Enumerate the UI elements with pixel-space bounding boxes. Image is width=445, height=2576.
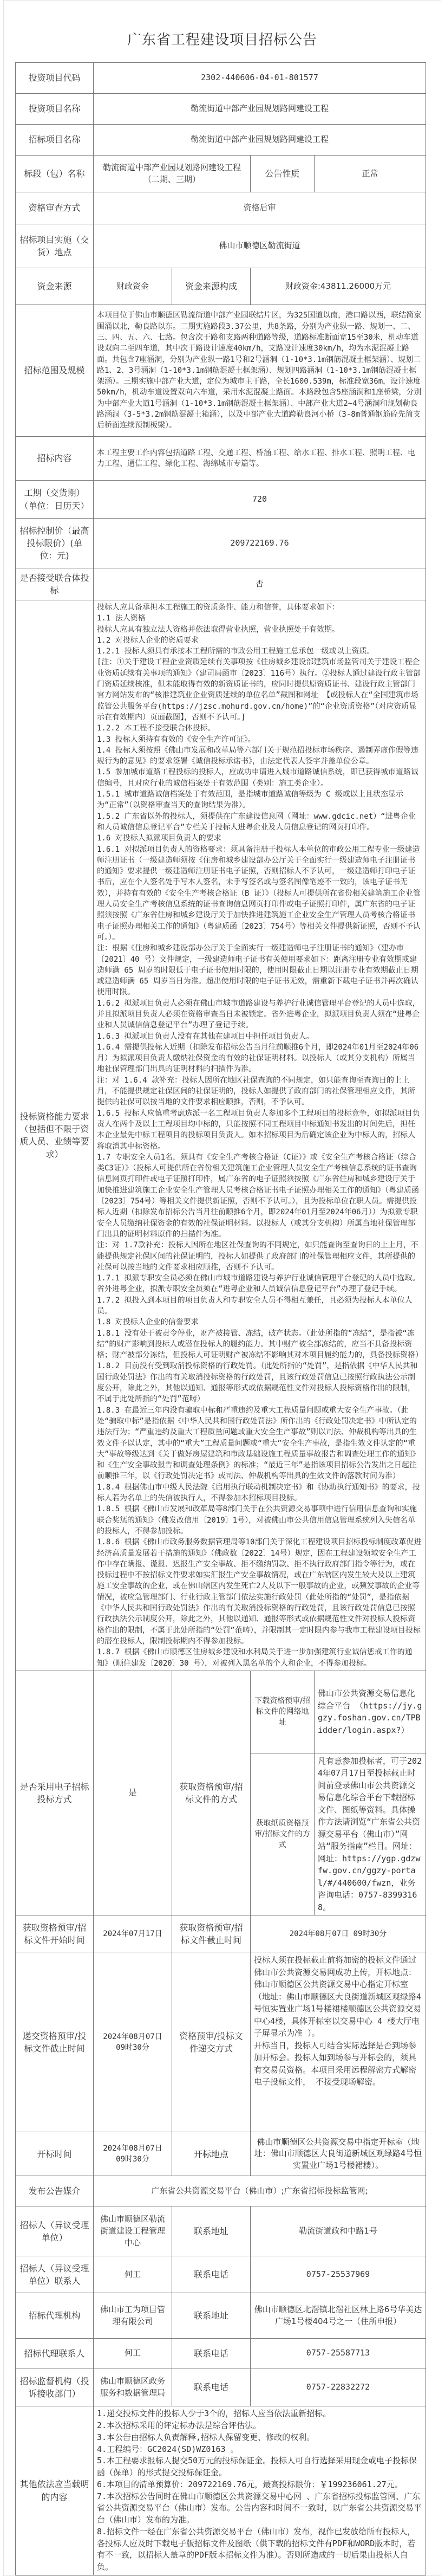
qualification-paragraph: 1.5.1 城市道路诚信档案处于有效范围，是指城市道路诚信等级为 C 级或以上且… bbox=[97, 789, 422, 811]
other-item: 4.工程编号：GC2024(SD)WZ0163 。 bbox=[97, 2444, 422, 2456]
value-tenderer: 佛山市顺德区勒流街道建设工程管理中心 bbox=[94, 2206, 172, 2256]
qualification-paragraph: 1.8.4 根据佛山市中级人民法院《启用执行联动机制决定书》和《协助执行通知书》… bbox=[97, 1482, 422, 1504]
qualification-paragraph: 1.2 对投标人企业的资质要求 bbox=[97, 635, 422, 646]
value-opening-time: 2024年08月07日 09时30分 bbox=[94, 2132, 172, 2176]
qualification-paragraph: 1.8 对投标人企业的信誉要求 bbox=[97, 1317, 422, 1328]
value-supervisor-phone: 0757-22832272 bbox=[251, 2368, 426, 2406]
label-tender-project-name: 招标项目名称 bbox=[16, 125, 94, 156]
qualification-paragraph: 注：对 1.6.4 款补充：投标人因所在地区社保查询的不同规定，如只能查询至查询… bbox=[97, 1075, 422, 1108]
row-duration: 工期（交货期）（单位：日历天） 720 bbox=[16, 481, 426, 519]
row-qualification-method: 资格审查方式 资格后审 bbox=[16, 192, 426, 224]
label-agency-phone: 联系电话 bbox=[172, 2339, 251, 2368]
value-supervisor: 佛山市顺德区政务服务和数据管理局 bbox=[94, 2368, 172, 2406]
row-control-price: 招标控制价（最高投标限价）(单位：元) 209722169.76 bbox=[16, 519, 426, 568]
qualification-paragraph: 1.3 投标人须持有有效的《安全生产许可证》。 bbox=[97, 734, 422, 745]
row-scope: 招标范围及规模 本项目位于佛山市顺德区勒流街道中部产业园联结片区，为325国道以… bbox=[16, 305, 426, 437]
qualification-paragraph: 注：根据《住房和城乡建设部办公厅关于全面实行一级建造师电子注册证书的通知》（建办… bbox=[97, 943, 422, 998]
row-tenderer: 招标人（异议受理单位） 佛山市顺德区勒流街道建设工程管理中心 联系地址 勒流街道… bbox=[16, 2206, 426, 2256]
label-obtain-method: 获取资格预审/招标文件的方式 bbox=[172, 1671, 251, 1915]
label-tenderer-address: 联系地址 bbox=[172, 2206, 251, 2256]
qualification-paragraph: 1.4 投标人须按照《佛山市发展和改革局等六部门关于规范招投标市场秩序、遏制弄虚… bbox=[97, 745, 422, 767]
value-obtain-end: 2024年08月07日 09时30分 bbox=[251, 1915, 426, 1952]
label-agency-contact: 招标代理联系人 bbox=[16, 2339, 94, 2368]
value-tenderer-contact: 何工 bbox=[94, 2256, 172, 2293]
value-download-address[interactable]: 佛山市公共资源交易信息化综合平台 （https://jy.ggzy.foshan… bbox=[315, 1671, 426, 1753]
value-investment-name: 勒流街道中部产业园规划路网建设工程 bbox=[94, 94, 426, 125]
label-tenderer-contact: 招标人（异议受理单位）联系人 bbox=[16, 2256, 94, 2293]
value-agency-phone: 0757-25587713 bbox=[251, 2339, 426, 2368]
submit-method-paragraph: 开标当日，投标人可结合实际选择是否到场参加开标会。投标人如到场参与开标会的，须具… bbox=[254, 2040, 422, 2088]
label-other: 其他依法应当载明的内容 bbox=[16, 2406, 94, 2575]
qualification-paragraph: 1.5 参加城市道路工程投标的投标人，应成功申请进入城市道路诚信系统，即已获得城… bbox=[97, 767, 422, 789]
qualification-paragraph: 1.7 专职安全人员1名，须具有《安全生产考核合格证（C证）》或《安全生产考核合… bbox=[97, 1152, 422, 1240]
qualification-paragraph: 1.8.7 根据《佛山市顺德区住房城乡建设和水利局关于进一步加强建筑行业诚信惩戒… bbox=[97, 1647, 422, 1669]
label-media: 发布公告媒介 bbox=[16, 2176, 94, 2206]
label-duration: 工期（交货期）（单位：日历天） bbox=[16, 481, 94, 519]
row-section-name: 标段（包）名称 勒流街道中部产业园规划路网建设工程（二期、三期） 公告性质 正常 bbox=[16, 156, 426, 192]
row-other: 其他依法应当载明的内容 1.递交投标文件的投标人少于3个的，招标人应当依法重新招… bbox=[16, 2406, 426, 2575]
row-tenderer-contact: 招标人（异议受理单位）联系人 何工 联系电话 0757-25537969 bbox=[16, 2256, 426, 2293]
other-item: 8.招标文件一经在广东省公共资源交易平台（佛山市）发布，视作已发放给所有投标人，… bbox=[97, 2526, 422, 2573]
row-content: 招标内容 本工程主要工作内容包括道路工程、交通工程、桥涵工程、给水工程、排水工程… bbox=[16, 437, 426, 481]
page-title: 广东省工程建设项目招标公告 bbox=[4, 1, 441, 62]
label-notice-nature: 公告性质 bbox=[251, 156, 315, 192]
qualification-paragraph: 投标人应具备承担本工程施工的资质条件、能力和信誉，具体要求如下： bbox=[97, 602, 422, 613]
label-tenderer: 招标人（异议受理单位） bbox=[16, 2206, 94, 2256]
value-joint-bid: 否 bbox=[94, 568, 426, 600]
label-qualification: 投标资格能力要求（包括但不限于资质人员、业绩等要求） bbox=[16, 600, 94, 1671]
label-investment-code: 投资项目代码 bbox=[16, 63, 94, 94]
row-media: 发布公告媒介 广东省公共资源交易平台（佛山市）;广东省招标投标监管网; bbox=[16, 2176, 426, 2206]
value-agency-address: 佛山市顺德区北滘镇北滘社区林上路6号华美达广场1号楼404号之一（住所申报） bbox=[251, 2293, 426, 2339]
qualification-paragraph: 1.8.3 在最近三年内没有骗取中标和严重违约及重大工程质量问题或重大安全生产事… bbox=[97, 1405, 422, 1482]
qualification-paragraph: 1.2.2 本工程不接受联合体投标。 bbox=[97, 723, 422, 734]
label-tenderer-phone: 联系电话 bbox=[172, 2256, 251, 2293]
value-paper-obtain: 凡有意参加投标者，可于2024年07月17日至投标截止时间前登录佛山市公共资源交… bbox=[315, 1753, 426, 1915]
row-investment-code: 投资项目代码 2302-440606-04-01-801577 bbox=[16, 63, 426, 94]
qualification-paragraph: 1.5.2 广东省以外的投标人，须提供在广东建设信息网（网址：www.gdcic… bbox=[97, 811, 422, 833]
label-download-address: 下载资格预审/招标文件的网络地址 bbox=[251, 1671, 315, 1753]
other-item: 7.本次招标公告同时在佛山市顺德区公共资源交易中心网 、广东省招标投标监管网、广… bbox=[97, 2491, 422, 2526]
qualification-paragraph: 1.7.2 拟投入到本项目的项目负责人和专职安全人员不得相互兼任，且必须为投标人… bbox=[97, 1295, 422, 1317]
qualification-paragraph: 1.6.2 拟派项目负责人必须在佛山市城市道路建设与养护行业诚信管理平台登记的人… bbox=[97, 998, 422, 1031]
value-submit-deadline: 2024年08月07日 09时30分 bbox=[94, 1952, 172, 2132]
qualification-paragraph: 1.8.6 根据《佛山市政务服务数据管理局等10部门关于深化工程建设项目招标投标… bbox=[97, 1537, 422, 1647]
submit-method-paragraph: 投标人须在投标截止前将加密的投标文件通过佛山市公共资源交易网成功上传，开标地点：… bbox=[254, 1954, 422, 2040]
qualification-paragraph: 1.7.1 拟派专职安全员必须在佛山市城市道路建设与养护行业诚信管理平台登记的人… bbox=[97, 1273, 422, 1295]
label-agency-address: 联系地址 bbox=[172, 2293, 251, 2339]
qualification-paragraph: [注：①关于建设工程企业资质延续有关事项按《住房城乡建设部建筑市场监管司关于建设… bbox=[97, 657, 422, 723]
row-qualification: 投标资格能力要求（包括但不限于资质人员、业绩等要求） 投标人应具备承担本工程施工… bbox=[16, 600, 426, 1671]
qualification-paragraph: 1.6.4 需提供投标人近期（扣除发布招标公告当月往前顺推6个月，即2024年0… bbox=[97, 1042, 422, 1075]
value-tenderer-address: 勒流街道政和中路1号 bbox=[251, 2206, 426, 2256]
label-joint-bid: 是否接受联合体投标 bbox=[16, 568, 94, 600]
value-media: 广东省公共资源交易平台（佛山市）;广东省招标投标监管网; bbox=[94, 2176, 426, 2206]
qualification-paragraph: 1.6.1 对拟派项目负责人的资格要求：须具备注册于投标人本单位的市政公用工程专… bbox=[97, 844, 422, 943]
qualification-paragraph: 1.6.5 投标人应慎重考虑选派一名工程项目负责人参加多个工程项目的投标竞争，如… bbox=[97, 1108, 422, 1152]
label-obtain-end: 获取资格预审/招标文件截止时间 bbox=[172, 1915, 251, 1952]
row-obtain-time: 获取资格预审/招标文件开始时间 2024年07月17日 获取资格预审/招标文件截… bbox=[16, 1915, 426, 1952]
value-location: 佛山市顺德区勒流街道 bbox=[94, 224, 426, 268]
label-content: 招标内容 bbox=[16, 437, 94, 481]
label-opening-place: 开标地点 bbox=[172, 2132, 251, 2176]
label-submit-method: 资格预审/投标文件递交方式 bbox=[172, 1952, 251, 2132]
qualification-paragraph: 1.6 对投标人拟派项目负责人的要求 bbox=[97, 833, 422, 844]
value-section-name: 勒流街道中部产业园规划路网建设工程（二期、三期） bbox=[94, 156, 251, 192]
qualification-paragraph: 1.8.2 目前没有受到取消投标资格的行政处罚。（此处所指的“处罚”，是指依据《… bbox=[97, 1361, 422, 1404]
row-submit: 递交资格预审/投标文件截止时间 2024年08月07日 09时30分 资格预审/… bbox=[16, 1952, 426, 2132]
qualification-paragraph: 投标人应具有独立法人资格并依法取得营业执照，营业执照处于有效期。 bbox=[97, 624, 422, 635]
label-supervisor-phone: 联系电话 bbox=[172, 2368, 251, 2406]
label-funding-source: 资金来源 bbox=[16, 268, 94, 305]
row-location: 招标项目实施（交货）地点 佛山市顺德区勒流街道 bbox=[16, 224, 426, 268]
row-electronic-bidding: 是否采用电子招标投标方式 是 获取资格预审/招标文件的方式 下载资格预审/招标文… bbox=[16, 1671, 426, 1753]
other-item: 6.本项目的清单预算价：209722169.76元，最高投标限价：￥199236… bbox=[97, 2479, 422, 2491]
value-duration: 720 bbox=[94, 481, 426, 519]
qualification-paragraph: 1.6.3 拟派项目负责人没有在其他在建项目中担任项目负责人。 bbox=[97, 1031, 422, 1042]
row-supervisor: 招标监督机构（投诉接收部门） 佛山市顺德区政务服务和数据管理局 联系电话 075… bbox=[16, 2368, 426, 2406]
value-opening-place: 佛山市顺德区公共资源交易中指定开标室（地址：佛山市顺德区大良街道新城区观绿路4号… bbox=[251, 2132, 426, 2176]
label-opening-time: 开标时间 bbox=[16, 2132, 94, 2176]
row-tender-project-name: 招标项目名称 勒流街道中部产业园规划路网建设工程 bbox=[16, 125, 426, 156]
qualification-paragraph: 1.8.5 根据《佛山市发展和改革局等8部门关于在公共资源交易事项中进行信用信息… bbox=[97, 1504, 422, 1537]
value-agency-contact: 何工 bbox=[94, 2339, 172, 2368]
value-funding-composition: 财政资金:43811.26000万元 bbox=[251, 268, 426, 305]
label-agency: 招标代理机构 bbox=[16, 2293, 94, 2339]
value-funding-source: 财政资金 bbox=[94, 268, 172, 305]
qualification-paragraph: 1.1 法人资格 bbox=[97, 613, 422, 624]
label-funding-composition: 资金来源构成 bbox=[172, 268, 251, 305]
label-section-name: 标段（包）名称 bbox=[16, 156, 94, 192]
qualification-paragraph: 1.2.1 投标人须具有承接本工程所需的市政公用工程施工总承包一级或以上资质。 bbox=[97, 646, 422, 657]
row-funding: 资金来源 财政资金 资金来源构成 财政资金:43811.26000万元 bbox=[16, 268, 426, 305]
qualification-paragraph: 1.8.1 没有处于被责令停业，财产被接管、冻结，破产状态。（此处所指的“冻结”… bbox=[97, 1328, 422, 1361]
other-item: 3.本公告由招标人负责解释,招标人保留变更、修改的权利。 bbox=[97, 2432, 422, 2444]
value-tenderer-phone: 0757-25537969 bbox=[251, 2256, 426, 2293]
value-notice-nature: 正常 bbox=[315, 156, 426, 192]
value-submit-method: 投标人须在投标截止前将加密的投标文件通过佛山市公共资源交易网成功上传，开标地点：… bbox=[251, 1952, 426, 2132]
other-item: 2.本次招标采用的评定标办法是综合评估法。 bbox=[97, 2420, 422, 2432]
notice-table: 投资项目代码 2302-440606-04-01-801577 投资项目名称 勒… bbox=[15, 62, 426, 2575]
label-paper-obtain: 获取纸质资格预审/招标文件的方式 bbox=[251, 1753, 315, 1915]
value-scope: 本项目位于佛山市顺德区勒流街道中部产业园联结片区，为325国道以南，港口路以西，… bbox=[94, 305, 426, 437]
other-item: 1.递交投标文件的投标人少于3个的，招标人应当依法重新招标。 bbox=[97, 2408, 422, 2420]
label-electronic-bidding: 是否采用电子招标投标方式 bbox=[16, 1671, 94, 1915]
value-qualification-method: 资格后审 bbox=[94, 192, 426, 224]
other-item: 5.本工程要求报标人提交50万元的投标保证金。投标人可自行选择采用现金或电子投标… bbox=[97, 2455, 422, 2479]
label-obtain-start: 获取资格预审/招标文件开始时间 bbox=[16, 1915, 94, 1952]
value-qualification: 投标人应具备承担本工程施工的资质条件、能力和信誉，具体要求如下： 1.1 法人资… bbox=[94, 600, 426, 1671]
value-investment-code: 2302-440606-04-01-801577 bbox=[94, 63, 426, 94]
row-agency-contact: 招标代理联系人 何工 联系电话 0757-25587713 bbox=[16, 2339, 426, 2368]
label-submit-deadline: 递交资格预审/投标文件截止时间 bbox=[16, 1952, 94, 2132]
label-location: 招标项目实施（交货）地点 bbox=[16, 224, 94, 268]
value-tender-project-name: 勒流街道中部产业园规划路网建设工程 bbox=[94, 125, 426, 156]
value-agency: 佛山市工为项目管理有限公司 bbox=[94, 2293, 172, 2339]
row-agency: 招标代理机构 佛山市工为项目管理有限公司 联系地址 佛山市顺德区北滘镇北滘社区林… bbox=[16, 2293, 426, 2339]
row-joint-bid: 是否接受联合体投标 否 bbox=[16, 568, 426, 600]
value-control-price: 209722169.76 bbox=[94, 519, 426, 568]
row-opening: 开标时间 2024年08月07日 09时30分 开标地点 佛山市顺德区公共资源交… bbox=[16, 2132, 426, 2176]
label-control-price: 招标控制价（最高投标限价）(单位：元) bbox=[16, 519, 94, 568]
value-other: 1.递交投标文件的投标人少于3个的，招标人应当依法重新招标。 2.本次招标采用的… bbox=[94, 2406, 426, 2575]
notice-page: 广东省工程建设项目招标公告 投资项目代码 2302-440606-04-01-8… bbox=[3, 0, 441, 2576]
label-qualification-method: 资格审查方式 bbox=[16, 192, 94, 224]
label-supervisor: 招标监督机构（投诉接收部门） bbox=[16, 2368, 94, 2406]
row-investment-name: 投资项目名称 勒流街道中部产业园规划路网建设工程 bbox=[16, 94, 426, 125]
value-obtain-start: 2024年07月17日 bbox=[94, 1915, 172, 1952]
value-electronic-bidding: 是 bbox=[94, 1671, 172, 1915]
qualification-paragraph: 注：对 1.7款补充：投标人因所在地区社保查询的不同规定，如只能查询至查询日的上… bbox=[97, 1240, 422, 1273]
value-content: 本工程主要工作内容包括道路工程、交通工程、桥涵工程、给水工程、排水工程、照明工程… bbox=[94, 437, 426, 481]
label-scope: 招标范围及规模 bbox=[16, 305, 94, 437]
label-investment-name: 投资项目名称 bbox=[16, 94, 94, 125]
